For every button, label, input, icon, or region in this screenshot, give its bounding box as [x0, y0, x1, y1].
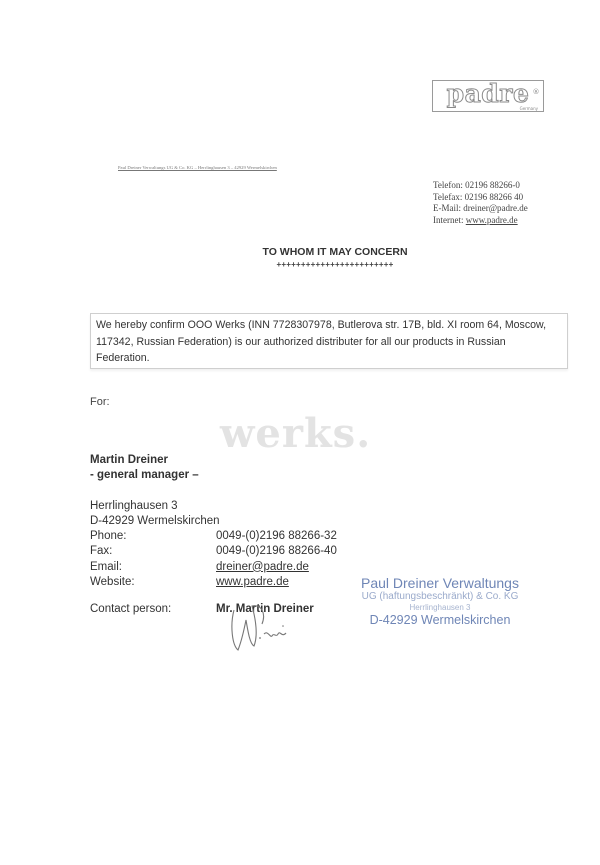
signatory-title: - general manager – [90, 468, 199, 483]
internet-link[interactable]: www.padre.de [466, 215, 518, 225]
detail-row-website: Website: www.padre.de [90, 575, 337, 590]
logo-country: Germany [520, 106, 538, 111]
padre-logo: padre ® Germany [432, 80, 544, 112]
for-label: For: [90, 396, 110, 408]
internet: Internet: www.padre.de [433, 215, 528, 227]
detail-label: Email: [90, 560, 216, 575]
email: E-Mail: dreiner@padre.de [433, 203, 528, 215]
detail-label: Fax: [90, 544, 216, 559]
internet-label: Internet: [433, 215, 466, 225]
registered-mark: ® [533, 79, 541, 105]
confirmation-text: We hereby confirm OOO Werks (INN 7728307… [96, 319, 546, 364]
company-stamp: Paul Dreiner Verwaltungs UG (haftungsbes… [350, 575, 530, 628]
telefax: Telefax: 02196 88266 40 [433, 192, 528, 204]
contact-person-label: Contact person: [90, 603, 216, 615]
address-city: D-42929 Wermelskirchen [90, 514, 220, 529]
contact-block: Telefon: 02196 88266-0 Telefax: 02196 88… [433, 180, 528, 226]
handwritten-signature [222, 600, 292, 655]
website-link[interactable]: www.padre.de [216, 575, 289, 590]
detail-value: 0049-(0)2196 88266-32 [216, 529, 337, 544]
watermark: werks. [220, 410, 371, 457]
sender-address-line: Paul Dreiner Verwaltungs UG & Co. KG – H… [118, 165, 277, 170]
contact-details: Phone: 0049-(0)2196 88266-32 Fax: 0049-(… [90, 529, 337, 590]
stamp-legal-form: UG (haftungsbeschränkt) & Co. KG [350, 591, 530, 603]
detail-value: 0049-(0)2196 88266-40 [216, 544, 337, 559]
detail-label: Website: [90, 575, 216, 590]
detail-row-fax: Fax: 0049-(0)2196 88266-40 [90, 544, 337, 559]
signatory: Martin Dreiner - general manager – [90, 453, 199, 483]
document-heading: TO WHOM IT MAY CONCERN [0, 246, 600, 258]
stamp-street: Herrlinghausen 3 [350, 603, 530, 613]
detail-row-phone: Phone: 0049-(0)2196 88266-32 [90, 529, 337, 544]
heading-underline: ++++++++++++++++++++++++ [0, 260, 600, 269]
telefon: Telefon: 02196 88266-0 [433, 180, 528, 192]
address-street: Herrlinghausen 3 [90, 499, 220, 514]
confirmation-box: We hereby confirm OOO Werks (INN 7728307… [90, 313, 568, 369]
detail-label: Phone: [90, 529, 216, 544]
stamp-company: Paul Dreiner Verwaltungs [350, 575, 530, 591]
detail-row-email: Email: dreiner@padre.de [90, 560, 337, 575]
logo-brand: padre [447, 79, 530, 108]
email-link[interactable]: dreiner@padre.de [216, 560, 309, 575]
address: Herrlinghausen 3 D-42929 Wermelskirchen [90, 499, 220, 529]
stamp-city: D-42929 Wermelskirchen [350, 613, 530, 628]
signatory-name: Martin Dreiner [90, 453, 199, 468]
